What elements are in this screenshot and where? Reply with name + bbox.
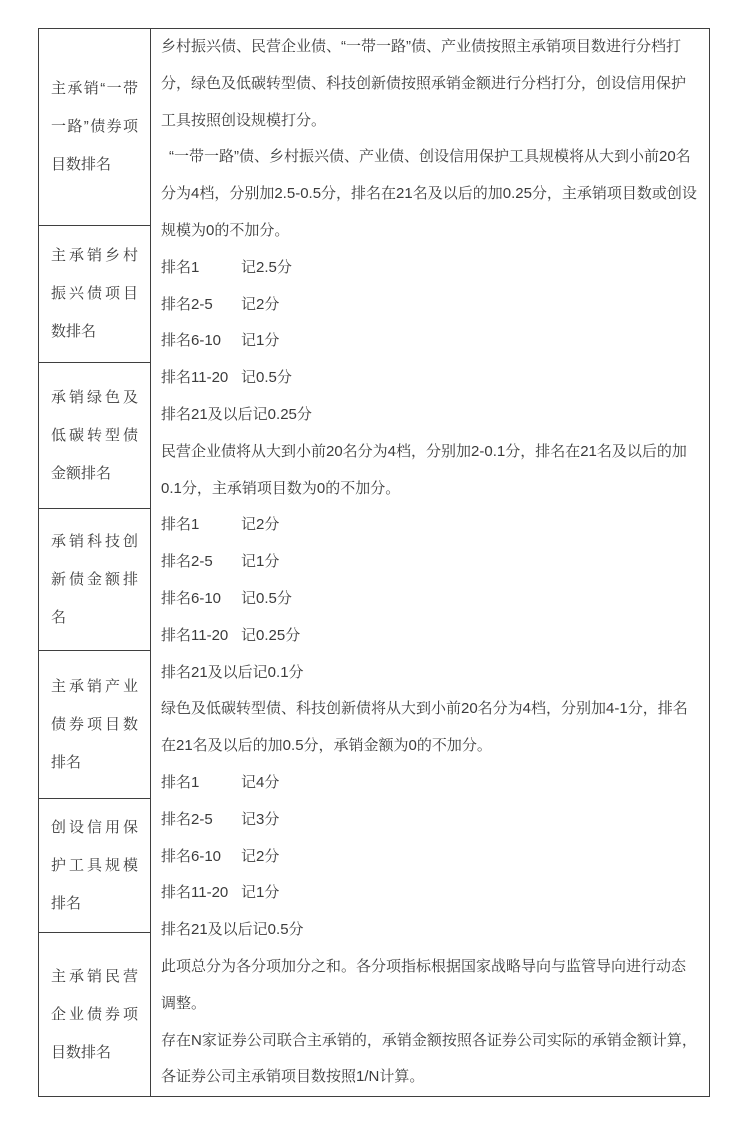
rank-line: 排名11-20记1分 — [161, 875, 699, 912]
rank-range: 排名1 — [161, 765, 241, 802]
row-header-label: 承销科技创新债金额排名 — [51, 523, 138, 637]
rank-score: 记0.5分 — [241, 590, 292, 607]
rank-range: 排名6-10 — [161, 581, 241, 618]
rank-range: 排名6-10 — [161, 839, 241, 876]
rank-line: 排名1记2.5分 — [161, 250, 699, 287]
rank-line: 排名6-10记0.5分 — [161, 581, 699, 618]
row-header-rural-revitalization-bonds: 主承销乡村振兴债项目数排名 — [39, 226, 150, 363]
rank-score: 记0.5分 — [241, 369, 292, 386]
rank-score: 记2分 — [241, 296, 279, 313]
rank-score: 记1分 — [241, 884, 279, 901]
paragraph-belt-road-tiers: “一带一路”债、乡村振兴债、产业债、创设信用保护工具规模将从大到小前20名分为4… — [161, 139, 699, 249]
rank-tail: 排名21及以后记0.25分 — [161, 397, 699, 434]
paragraph-scoring-method: 乡村振兴债、民营企业债、“一带一路”债、产业债按照主承销项目数进行分档打分，绿色… — [161, 29, 699, 139]
rank-range: 排名11-20 — [161, 875, 241, 912]
row-header-label: 主承销“一带一路”债券项目数排名 — [51, 70, 138, 184]
rank-range: 排名6-10 — [161, 323, 241, 360]
underwriting-score-table: 主承销“一带一路”债券项目数排名 主承销乡村振兴债项目数排名 承销绿色及低碳转型… — [38, 28, 710, 1097]
rank-range: 排名2-5 — [161, 802, 241, 839]
row-header-label: 主承销乡村振兴债项目数排名 — [51, 237, 138, 351]
rank-line: 排名1记4分 — [161, 765, 699, 802]
row-header-green-low-carbon-bonds: 承销绿色及低碳转型债金额排名 — [39, 363, 150, 509]
row-header-column: 主承销“一带一路”债券项目数排名 主承销乡村振兴债项目数排名 承销绿色及低碳转型… — [39, 29, 151, 1096]
scoring-criteria-cell: 乡村振兴债、民营企业债、“一带一路”债、产业债按照主承销项目数进行分档打分，绿色… — [151, 29, 709, 1096]
rank-score: 记3分 — [241, 811, 279, 828]
rank-range: 排名1 — [161, 507, 241, 544]
rank-score: 记2分 — [241, 516, 279, 533]
rank-score: 记4分 — [241, 774, 279, 791]
row-header-label: 创设信用保护工具规模排名 — [51, 809, 138, 923]
row-header-belt-road-bonds: 主承销“一带一路”债券项目数排名 — [39, 29, 150, 226]
rank-line: 排名1记2分 — [161, 507, 699, 544]
rank-score: 记1分 — [241, 553, 279, 570]
rank-tail: 排名21及以后记0.5分 — [161, 912, 699, 949]
rank-score: 记1分 — [241, 332, 279, 349]
rank-range: 排名2-5 — [161, 287, 241, 324]
rank-line: 排名2-5记3分 — [161, 802, 699, 839]
row-header-private-enterprise-bonds: 主承销民营企业债券项目数排名 — [39, 933, 150, 1096]
rank-line: 排名6-10记2分 — [161, 839, 699, 876]
rank-line: 排名2-5记1分 — [161, 544, 699, 581]
rank-line: 排名11-20记0.25分 — [161, 618, 699, 655]
rank-range: 排名1 — [161, 250, 241, 287]
paragraph-total-score-note: 此项总分为各分项加分之和。各分项指标根据国家战略导向与监管导向进行动态调整。 — [161, 949, 699, 1023]
row-header-credit-protection-tools: 创设信用保护工具规模排名 — [39, 799, 150, 933]
document-page: 主承销“一带一路”债券项目数排名 主承销乡村振兴债项目数排名 承销绿色及低碳转型… — [0, 0, 738, 1124]
row-header-tech-innovation-bonds: 承销科技创新债金额排名 — [39, 509, 150, 651]
rank-score: 记0.25分 — [241, 627, 300, 644]
rank-line: 排名2-5记2分 — [161, 287, 699, 324]
paragraph-joint-underwriting-note: 存在N家证券公司联合主承销的，承销金额按照各证券公司实际的承销金额计算，各证券公… — [161, 1023, 699, 1096]
paragraph-private-enterprise-tiers: 民营企业债将从大到小前20名分为4档，分别加2-0.1分，排名在21名及以后的加… — [161, 434, 699, 508]
paragraph-green-tech-tiers: 绿色及低碳转型债、科技创新债将从大到小前20名分为4档，分别加4-1分，排名在2… — [161, 691, 699, 765]
rank-line: 排名6-10记1分 — [161, 323, 699, 360]
rank-range: 排名11-20 — [161, 360, 241, 397]
row-header-label: 主承销民营企业债券项目数排名 — [51, 958, 138, 1072]
row-header-label: 主承销产业债券项目数排名 — [51, 668, 138, 782]
row-header-label: 承销绿色及低碳转型债金额排名 — [51, 379, 138, 493]
rank-line: 排名11-20记0.5分 — [161, 360, 699, 397]
rank-range: 排名11-20 — [161, 618, 241, 655]
rank-range: 排名2-5 — [161, 544, 241, 581]
rank-tail: 排名21及以后记0.1分 — [161, 655, 699, 692]
row-header-industrial-bonds: 主承销产业债券项目数排名 — [39, 651, 150, 799]
rank-score: 记2分 — [241, 848, 279, 865]
rank-score: 记2.5分 — [241, 259, 292, 276]
